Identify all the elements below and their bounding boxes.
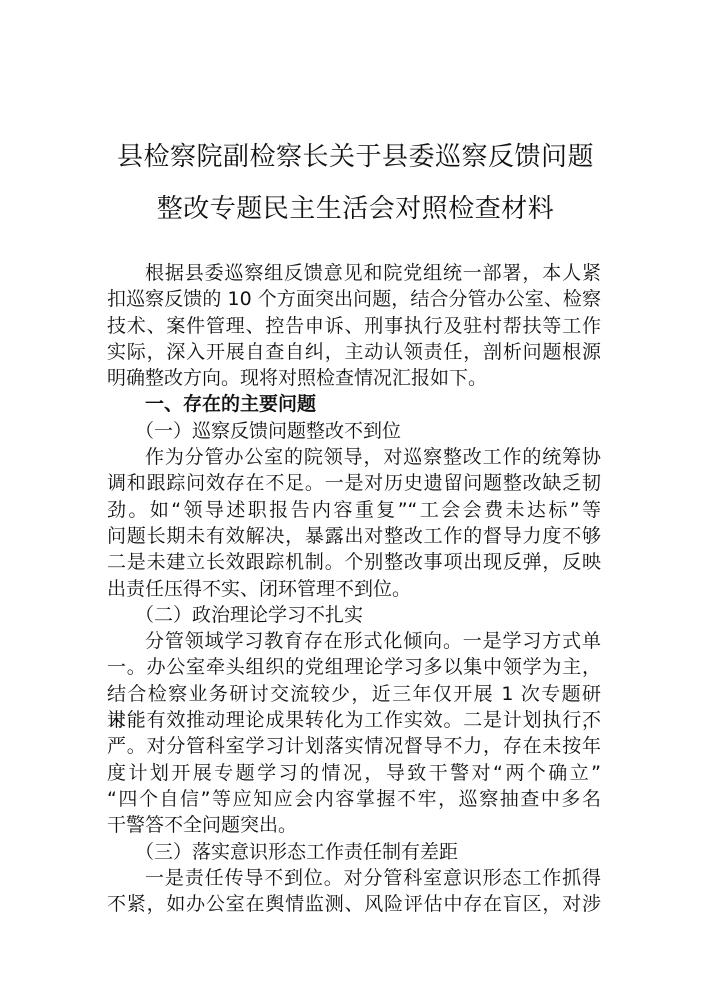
subsection-heading: （三）落实意识形态工作责任制有差距 [107, 839, 601, 865]
body-line: 扣巡察反馈的 10 个方面突出问题，结合分管办公室、检察 [107, 286, 601, 312]
body-line: 技术、案件管理、控告申诉、刑事执行及驻村帮扶等工作 [107, 313, 601, 339]
paragraph-first-line: 分管领域学习教育存在形式化倾向。一是学习方式单 [107, 628, 601, 654]
body-line: 实际，深入开展自查自纠，主动认领责任，剖析问题根源 [107, 339, 601, 365]
body-line: 明确整改方向。现将对照检查情况汇报如下。 [107, 365, 601, 391]
body-line: 一。办公室牵头组织的党组理论学习多以集中领学为主， [107, 654, 601, 680]
paragraph-first-line: 作为分管办公室的院领导，对巡察整改工作的统筹协 [107, 444, 601, 470]
paragraph-first-line: 根据县委巡察组反馈意见和院党组统一部署，本人紧 [107, 260, 601, 286]
paragraph-first-line: 一是责任传导不到位。对分管科室意识形态工作抓得 [107, 865, 601, 891]
body-line: 出责任压得不实、闭环管理不到位。 [107, 576, 601, 602]
body-line: 结合检察业务研讨交流较少，近三年仅开展 1 次专题研讨， [107, 681, 601, 707]
document-page: 县检察院副检察长关于县委巡察反馈问题 整改专题民主生活会对照检查材料 根据县委巡… [0, 0, 711, 1006]
body-line: 度计划开展专题学习的情况，导致干警对“两个确立” [107, 760, 601, 786]
body-line: “四个自信”等应知应会内容掌握不牢，巡察抽查中多名 [107, 786, 601, 812]
subsection-heading: （一）巡察反馈问题整改不到位 [107, 418, 601, 444]
body-line: 干警答不全问题突出。 [107, 812, 601, 838]
body-line: 不紧，如办公室在舆情监测、风险评估中存在盲区，对涉 [107, 891, 601, 917]
body-line: 调和跟踪问效存在不足。一是对历史遗留问题整改缺乏韧 [107, 470, 601, 496]
document-title-line-1: 县检察院副检察长关于县委巡察反馈问题 [0, 141, 711, 173]
body-line: 问题长期未有效解决，暴露出对整改工作的督导力度不够 [107, 523, 601, 549]
section-heading: 一、存在的主要问题 [107, 391, 601, 417]
body-line: 劲。如“领导述职报告内容重复”“工会会费未达标”等 [107, 497, 601, 523]
document-title-line-2: 整改专题民主生活会对照检查材料 [0, 193, 711, 225]
body-line: 未能有效推动理论成果转化为工作实效。二是计划执行不 [107, 707, 601, 733]
document-body: 根据县委巡察组反馈意见和院党组统一部署，本人紧扣巡察反馈的 10 个方面突出问题… [107, 260, 601, 917]
body-line: 二是未建立长效跟踪机制。个别整改事项出现反弹，反映 [107, 549, 601, 575]
subsection-heading: （二）政治理论学习不扎实 [107, 602, 601, 628]
body-line: 严。对分管科室学习计划落实情况督导不力，存在未按年 [107, 733, 601, 759]
